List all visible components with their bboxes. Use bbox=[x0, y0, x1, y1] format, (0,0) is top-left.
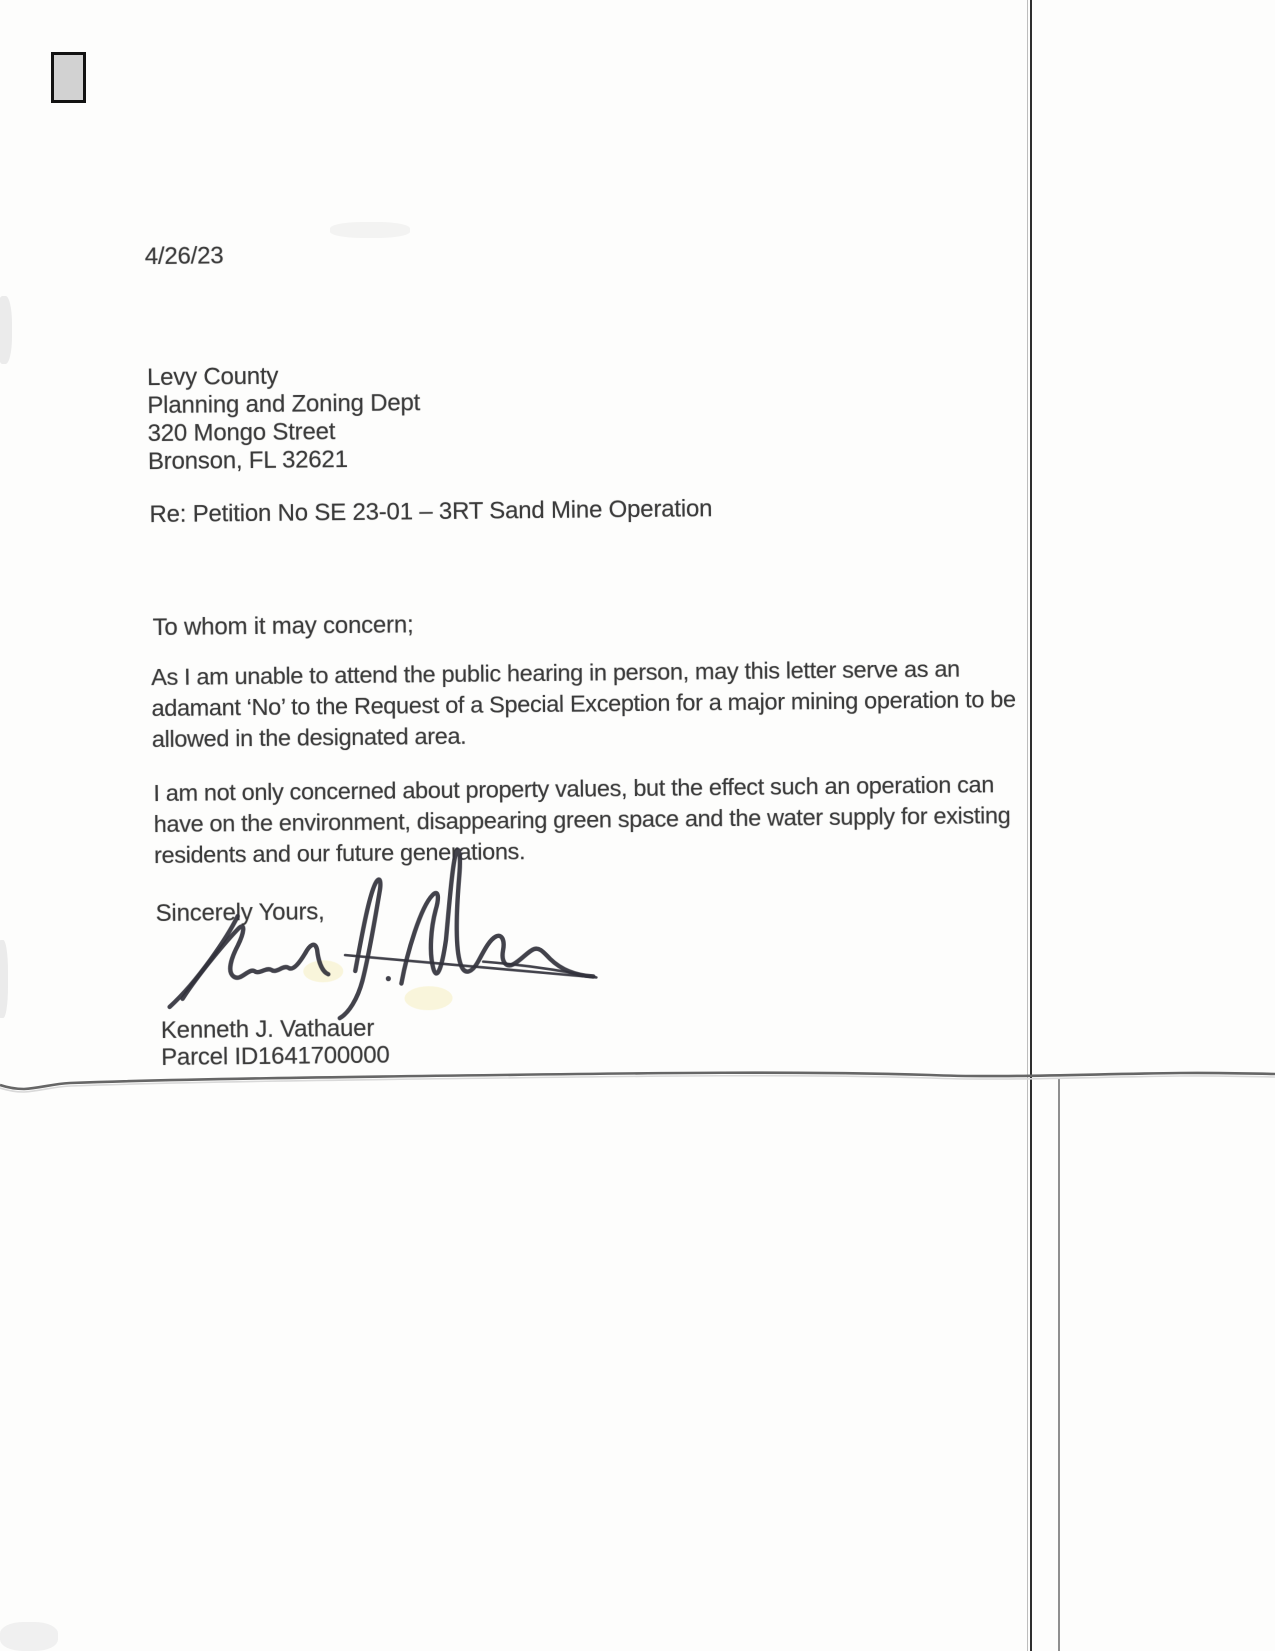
letter-date: 4/26/23 bbox=[145, 242, 224, 271]
handwritten-signature bbox=[137, 838, 619, 1023]
body-paragraph-1: As I am unable to attend the public hear… bbox=[151, 653, 1016, 755]
scanned-letter-page: 4/26/23 Levy County Planning and Zoning … bbox=[0, 0, 1275, 1651]
address-line: 320 Mongo Street bbox=[147, 417, 420, 448]
recipient-address: Levy County Planning and Zoning Dept 320… bbox=[147, 361, 421, 476]
address-line: Bronson, FL 32621 bbox=[148, 445, 421, 476]
address-line: Levy County bbox=[147, 361, 420, 392]
letter-content: 4/26/23 Levy County Planning and Zoning … bbox=[0, 0, 1275, 1651]
parcel-id: Parcel ID1641700000 bbox=[161, 1042, 390, 1071]
subject-line: Re: Petition No SE 23-01 – 3RT Sand Mine… bbox=[149, 495, 712, 529]
highlighter-smudge bbox=[404, 986, 452, 1011]
signer-name: Kenneth J. Vathauer bbox=[161, 1015, 390, 1044]
signature-block: Kenneth J. Vathauer Parcel ID1641700000 bbox=[161, 1015, 390, 1071]
salutation: To whom it may concern; bbox=[153, 611, 414, 642]
address-line: Planning and Zoning Dept bbox=[147, 389, 420, 420]
